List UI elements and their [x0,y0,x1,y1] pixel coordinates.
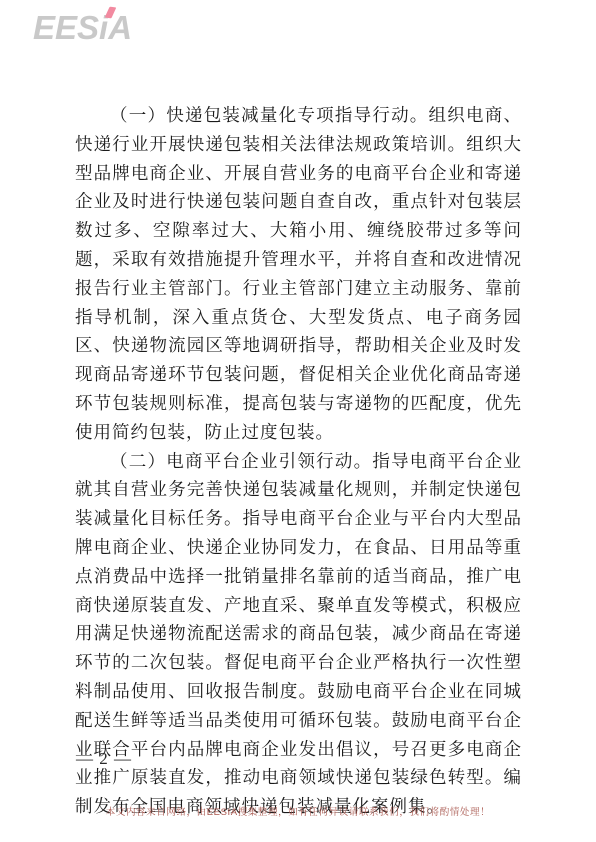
footer-disclaimer: 本文内容来自网络，由EESIA搜集整理，如有任何异议请联系我们，我们将酌情处理！ [0,804,596,818]
document-page: EESiA （一）快递包装减量化专项指导行动。组织电商、快递行业开展快递包装相关… [0,0,596,842]
paragraph-action-1: （一）快递包装减量化专项指导行动。组织电商、快递行业开展快递包装相关法律法规政策… [75,101,522,447]
page-number: — 2 — [76,749,132,769]
paragraph-action-2: （二）电商平台企业引领行动。指导电商平台企业就其自营业务完善快递包装减量化规则，… [75,447,522,821]
eesia-logo-text: EESiA [33,9,132,46]
eesia-logo: EESiA [33,6,132,50]
document-body: （一）快递包装减量化专项指导行动。组织电商、快递行业开展快递包装相关法律法规政策… [75,101,522,821]
